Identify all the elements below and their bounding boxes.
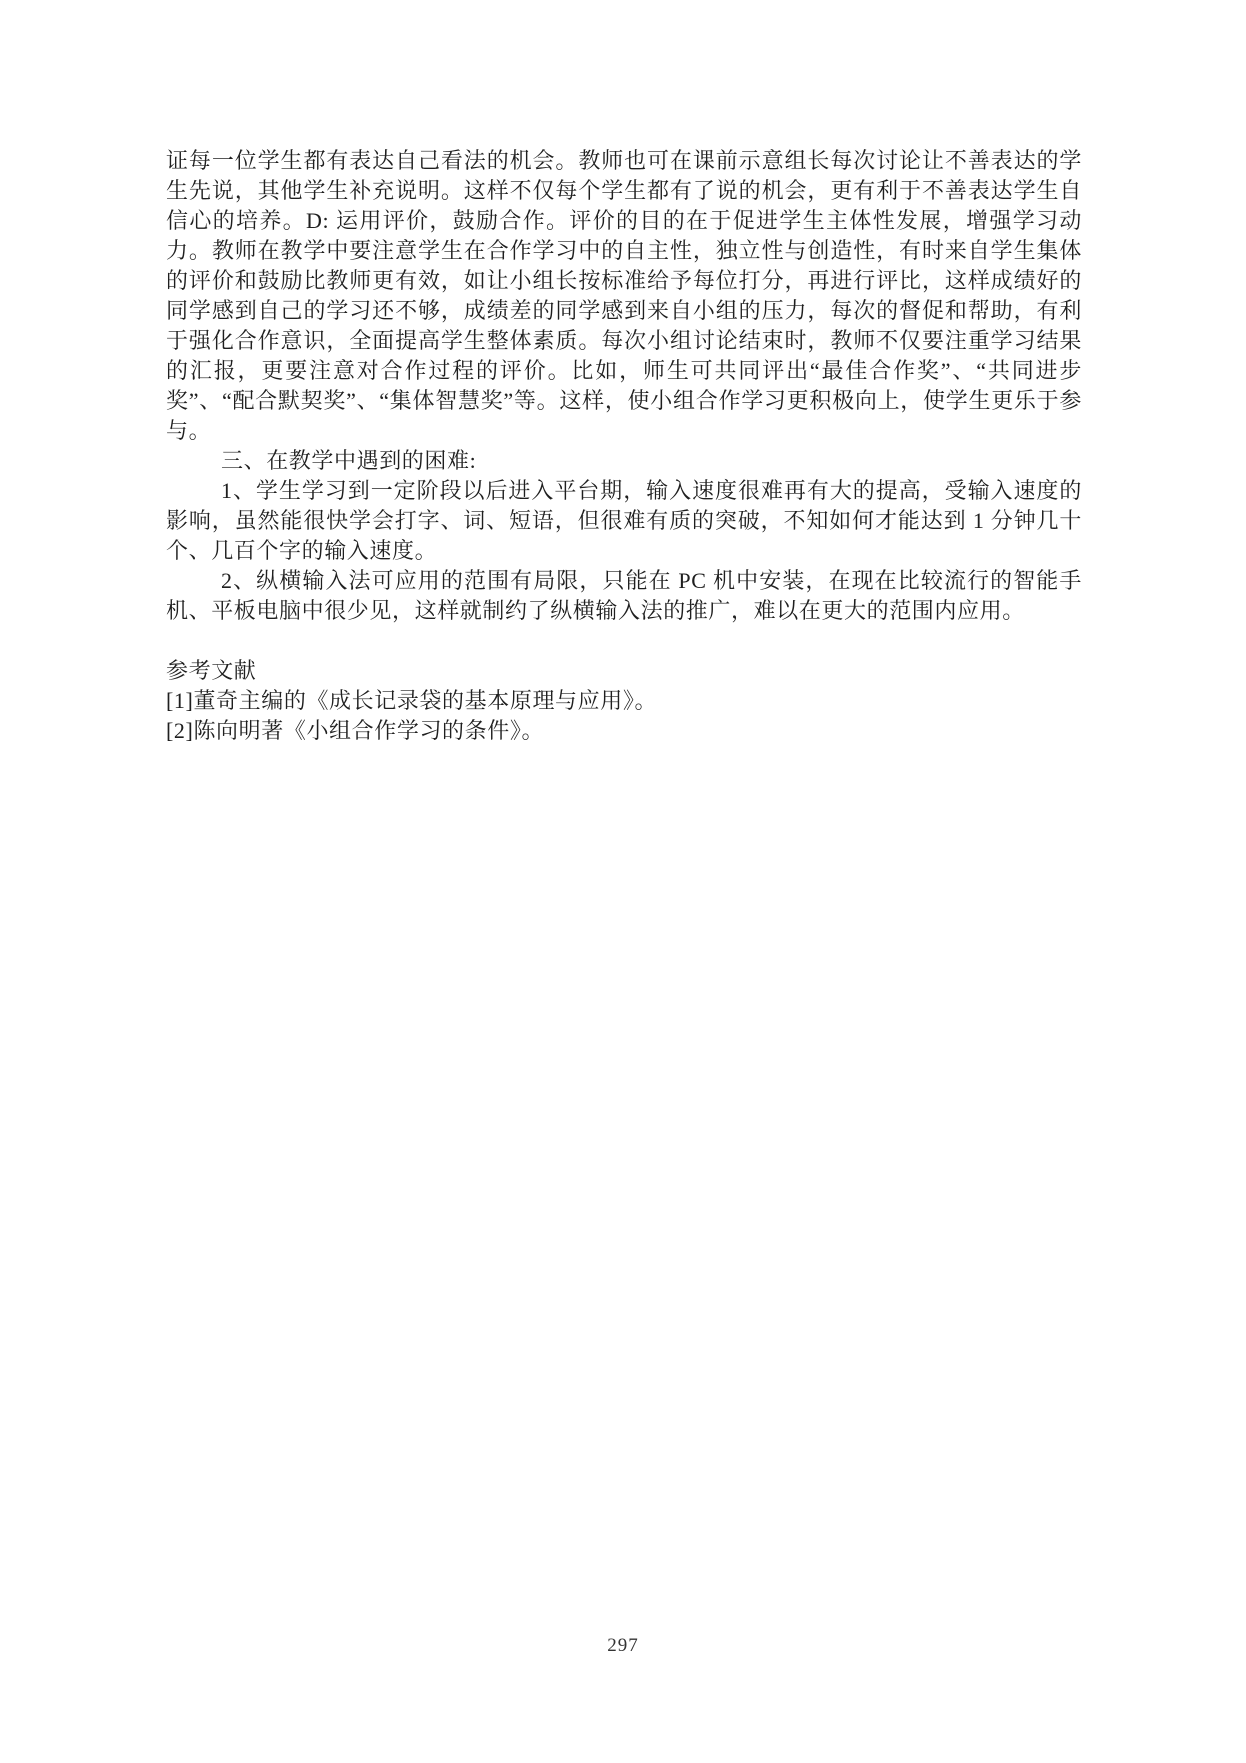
reference-item-2: [2]陈向明著《小组合作学习的条件》。: [166, 716, 1082, 746]
reference-item-1: [1]董奇主编的《成长记录袋的基本原理与应用》。: [166, 686, 1082, 716]
text-block: 证每一位学生都有表达自己看法的机会。教师也可在课前示意组长每次讨论让不善表达的学…: [166, 146, 1082, 746]
section-heading-difficulties: 三、在教学中遇到的困难:: [166, 446, 1082, 476]
difficulty-item-1: 1、学生学习到一定阶段以后进入平台期，输入速度很难再有大的提高，受输入速度的影响…: [166, 476, 1082, 566]
page-number: 297: [0, 1634, 1246, 1658]
difficulty-item-2: 2、纵横输入法可应用的范围有局限，只能在 PC 机中安装，在现在比较流行的智能手…: [166, 566, 1082, 626]
references-section: 参考文献 [1]董奇主编的《成长记录袋的基本原理与应用》。 [2]陈向明著《小组…: [166, 656, 1082, 746]
body-paragraph-continuation: 证每一位学生都有表达自己看法的机会。教师也可在课前示意组长每次讨论让不善表达的学…: [166, 146, 1082, 446]
references-heading: 参考文献: [166, 656, 1082, 686]
document-page: 证每一位学生都有表达自己看法的机会。教师也可在课前示意组长每次讨论让不善表达的学…: [0, 0, 1246, 1763]
